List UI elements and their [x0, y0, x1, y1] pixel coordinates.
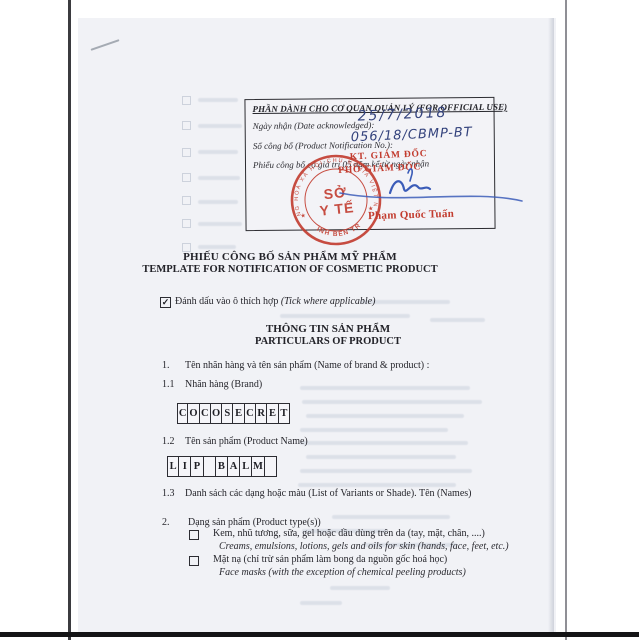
letter-cell: S	[222, 403, 233, 424]
letter-cell: A	[228, 456, 240, 477]
bleedthrough-text-artifact	[300, 601, 342, 605]
bleedthrough-text-artifact	[300, 441, 468, 445]
product-type-option-en: Face masks (with the exception of chemic…	[219, 567, 466, 578]
bleedthrough-text-artifact	[198, 176, 240, 180]
bleedthrough-text-artifact	[306, 455, 456, 459]
bleedthrough-text-artifact	[198, 245, 236, 249]
date-received-value: 25/7/2018	[357, 105, 447, 125]
bleedthrough-text-artifact	[332, 515, 450, 519]
bleedthrough-text-artifact	[198, 222, 242, 226]
signer-name: Phạm Quốc Tuấn	[368, 208, 454, 222]
star-icon: ★	[300, 212, 306, 220]
item1-number: 1.	[162, 360, 170, 371]
checkbox-empty-icon	[189, 530, 199, 540]
item2-label: Dạng sản phẩm (Product type(s))	[188, 517, 321, 528]
letter-cell: O	[188, 403, 199, 424]
bleedthrough-checkbox-artifact	[182, 148, 191, 157]
product-info-header-en: PARTICULARS OF PRODUCT	[238, 336, 418, 347]
letter-cell: I	[179, 456, 191, 477]
bleedthrough-text-artifact	[198, 150, 238, 154]
letter-cell: P	[191, 456, 203, 477]
item1-label: Tên nhãn hàng và tên sản phẩm (Name of b…	[185, 360, 429, 371]
bleedthrough-text-artifact	[198, 98, 238, 102]
letter-cell: L	[167, 456, 179, 477]
checkbox-checked-icon: ✓	[160, 297, 171, 308]
letter-cell: E	[267, 403, 278, 424]
letter-cell: B	[216, 456, 228, 477]
product-type-option-en: Creams, emulsions, lotions, gels and oil…	[219, 541, 509, 552]
document-title-en: TEMPLATE FOR NOTIFICATION OF COSMETIC PR…	[130, 264, 450, 275]
bleedthrough-text-artifact	[198, 124, 242, 128]
product-type-option-vi: Kem, nhũ tương, sữa, gel hoặc dầu dùng t…	[213, 528, 485, 539]
tick-instruction: ✓Đánh dấu vào ô thích hợp (Tick where ap…	[160, 296, 375, 308]
item1-1-label: Nhãn hàng (Brand)	[185, 379, 262, 390]
product-info-header-vi: THÔNG TIN SẢN PHẨM	[238, 323, 418, 335]
bleedthrough-text-artifact	[306, 414, 464, 418]
tick-instruction-vi: Đánh dấu vào ô thích hợp	[175, 296, 281, 307]
product-name-letter-boxes: LIPBALM	[167, 456, 277, 477]
bleedthrough-checkbox-artifact	[182, 173, 191, 182]
bleedthrough-text-artifact	[330, 586, 390, 590]
checkbox-empty-icon	[189, 556, 199, 566]
letter-cell	[204, 456, 216, 477]
bleedthrough-text-artifact	[298, 483, 456, 487]
brand-name-letter-boxes: COCOSECRET	[177, 403, 290, 424]
item1-3-label: Danh sách các dạng hoặc màu (List of Var…	[185, 488, 471, 499]
page-edge-shadow	[548, 18, 554, 632]
letter-cell: M	[252, 456, 264, 477]
scan-edge-bottom	[0, 632, 639, 637]
document-title-vi: PHIẾU CÔNG BỐ SẢN PHẨM MỸ PHẨM	[130, 251, 450, 263]
scanned-document: PHẦN DÀNH CHO CƠ QUAN QUẢN LÝ (FOR OFFIC…	[0, 0, 639, 640]
letter-cell: C	[177, 403, 188, 424]
letter-cell: O	[211, 403, 222, 424]
bleedthrough-checkbox-artifact	[182, 121, 191, 130]
tick-instruction-en: (Tick where applicable)	[281, 296, 376, 307]
bleedthrough-text-artifact	[300, 469, 472, 473]
letter-cell: R	[256, 403, 267, 424]
letter-cell: C	[200, 403, 211, 424]
bleedthrough-checkbox-artifact	[182, 196, 191, 205]
item2-number: 2.	[162, 517, 170, 528]
bleedthrough-text-artifact	[280, 314, 410, 318]
bleedthrough-checkbox-artifact	[182, 96, 191, 105]
scan-edge-left	[68, 0, 71, 640]
bleedthrough-text-artifact	[300, 428, 448, 432]
scan-edge-right	[565, 0, 567, 640]
item1-2-label: Tên sản phẩm (Product Name)	[185, 436, 308, 447]
bleedthrough-text-artifact	[302, 400, 482, 404]
bleedthrough-text-artifact	[430, 318, 485, 322]
letter-cell: E	[233, 403, 244, 424]
bleedthrough-text-artifact	[300, 386, 470, 390]
product-type-option-vi: Mặt nạ (chỉ trừ sản phẩm làm bong da ngu…	[213, 554, 447, 565]
item1-3-number: 1.3	[162, 488, 175, 499]
letter-cell: C	[245, 403, 256, 424]
bleedthrough-checkbox-artifact	[182, 219, 191, 228]
item1-2-number: 1.2	[162, 436, 175, 447]
letter-cell	[265, 456, 277, 477]
signature	[330, 165, 530, 210]
bleedthrough-text-artifact	[198, 200, 238, 204]
item1-1-number: 1.1	[162, 379, 175, 390]
letter-cell: T	[279, 403, 290, 424]
letter-cell: L	[240, 456, 252, 477]
